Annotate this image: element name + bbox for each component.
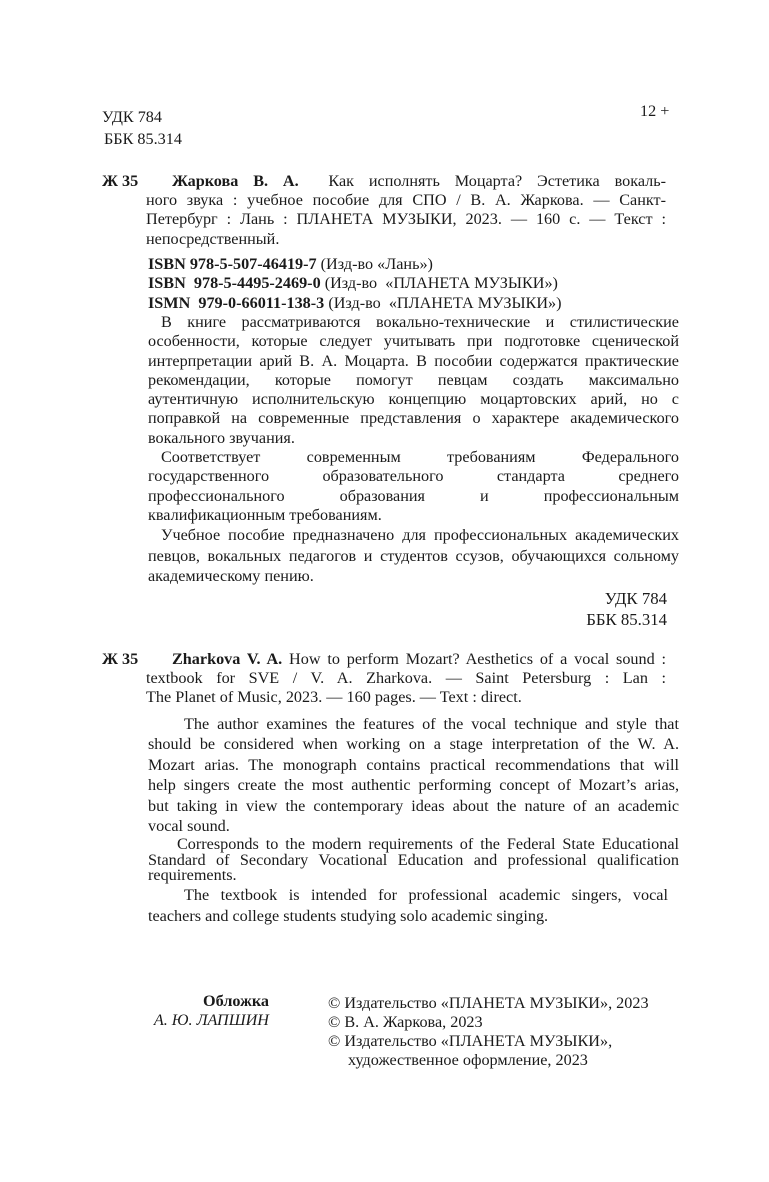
ru-abstract-p3: Учебное пособие предназначено для профес… xyxy=(148,525,679,587)
isbn-planeta: ISBN 978-5-4495-2469-0 (Изд-во «ПЛАНЕТА … xyxy=(148,274,668,293)
ru-record-body: ного звука : учебное пособие для СПО / В… xyxy=(146,191,666,249)
cover-artist: А. Ю. ЛАПШИН xyxy=(154,1011,269,1030)
ru-abstract-p2: Соответствует современным требованиям Фе… xyxy=(148,448,679,525)
isbn-list: ISBN 978-5-507-46419-7 (Изд-во «Лань») I… xyxy=(148,255,668,313)
cover-credit: Обложка А. Ю. ЛАПШИН xyxy=(154,992,269,1031)
udk-code: УДК 784 xyxy=(102,108,162,127)
bbk-code: ББК 85.314 xyxy=(104,130,182,149)
copyright-3: © Издательство «ПЛАНЕТА МУЗЫКИ», xyxy=(328,1032,649,1051)
isbn-lan: ISBN 978-5-507-46419-7 (Изд-во «Лань») xyxy=(148,255,668,274)
ru-record-author: Жаркова В. А. xyxy=(172,172,299,190)
copyright-3-cont: художественное оформление, 2023 xyxy=(328,1051,649,1070)
age-rating: 12 + xyxy=(640,102,669,121)
en-abstract: The author examines the features of the … xyxy=(148,714,679,927)
ru-abstract: В книге рассматриваются вокально-техниче… xyxy=(148,313,679,587)
en-abstract-p3: The textbook is intended for professiona… xyxy=(148,885,668,927)
ismn-planeta: ISMN 979-0-66011-138-3 (Изд-во «ПЛАНЕТА … xyxy=(148,294,668,313)
ru-record-line-1: Жаркова В. А. Как исполнять Моцарта? Эст… xyxy=(172,172,666,191)
en-abstract-p1: The author examines the features of the … xyxy=(148,714,679,836)
copyright-block: © Издательство «ПЛАНЕТА МУЗЫКИ», 2023 © … xyxy=(328,994,649,1070)
ru-record-index: Ж 35 xyxy=(102,172,138,191)
ru-abstract-p1: В книге рассматриваются вокально-техниче… xyxy=(148,313,679,448)
copyright-1: © Издательство «ПЛАНЕТА МУЗЫКИ», 2023 xyxy=(328,994,649,1013)
en-record-line-1: Zharkova V. A. How to perform Mozart? Ae… xyxy=(172,650,666,669)
copyright-2: © В. А. Жаркова, 2023 xyxy=(328,1013,649,1032)
cover-label: Обложка xyxy=(154,992,269,1011)
en-abstract-p2: Corresponds to the modern requirements o… xyxy=(148,837,679,884)
en-record-index: Ж 35 xyxy=(102,650,138,669)
ru-record-classification: УДК 784 ББК 85.314 xyxy=(586,588,667,630)
en-record-author: Zharkova V. A. xyxy=(172,650,282,668)
en-record-body: textbook for SVE / V. A. Zharkova. — Sai… xyxy=(146,669,666,708)
